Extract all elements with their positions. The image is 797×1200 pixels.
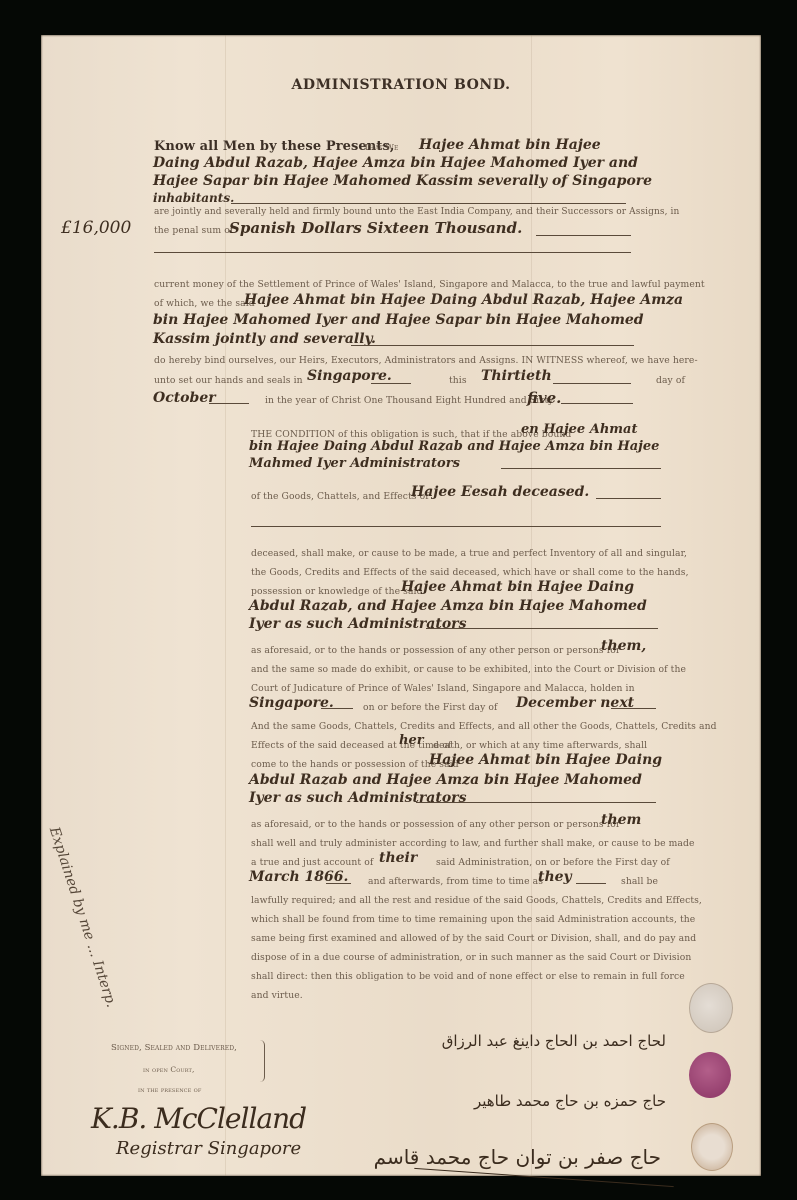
- marginal-vertical-note: Explained by me ... Interp.: [46, 825, 120, 1010]
- body-hand: Iyer as such Administrators: [249, 790, 466, 806]
- fill-line: [326, 883, 351, 884]
- body-line: as aforesaid, or to the hands or possess…: [251, 819, 620, 830]
- condition-hand-1: en Hajee Ahmat: [521, 422, 637, 437]
- arabic-signature-3: حاج صفر بن توان حاج محمد قاسم: [374, 1145, 661, 1169]
- body-line: the Goods, Credits and Effects of the sa…: [251, 567, 689, 578]
- bound-line: are jointly and severally held and firml…: [154, 207, 679, 217]
- body-hand: them,: [601, 638, 646, 654]
- seal-wafer-3: [691, 1123, 733, 1171]
- fill-line: [553, 383, 631, 384]
- of-which-label: of which, we the said: [154, 298, 255, 309]
- body-line: on or before the First day of: [363, 702, 498, 713]
- arabic-signature-2: حاج حمزه بن حاج محمد طاهير: [474, 1092, 666, 1110]
- hand-names-4: inhabitants.: [153, 191, 234, 205]
- place-hand: Singapore.: [307, 368, 392, 384]
- penal-sum-hand: Spanish Dollars Sixteen Thousand.: [229, 219, 522, 237]
- of-which-hand-1: Hajee Ahmat bin Hajee Daing Abdul Razab,…: [244, 292, 683, 308]
- body-line: shall well and truly administer accordin…: [251, 838, 695, 849]
- year-hand: five.: [527, 389, 561, 407]
- body-line: deceased, shall make, or cause to be mad…: [251, 548, 687, 559]
- body-line: as aforesaid, or to the hands or possess…: [251, 645, 620, 656]
- bind-line: do hereby bind ourselves, our Heirs, Exe…: [154, 355, 698, 366]
- opening-gothic: Know all Men by these Presents,: [154, 139, 395, 154]
- fill-line: [351, 345, 634, 346]
- that-we-label: That We: [364, 143, 398, 152]
- body-line: death, or which at any time afterwards, …: [433, 740, 647, 751]
- money-line: current money of the Settlement of Princ…: [154, 279, 705, 290]
- body-line: come to the hands or possession of the s…: [251, 759, 459, 770]
- month-hand: October: [153, 390, 216, 406]
- of-which-hand-2: bin Hajee Mahomed Iyer and Hajee Sapar b…: [153, 312, 644, 328]
- body-line: dispose of in a due course of administra…: [251, 952, 691, 963]
- fill-line: [426, 628, 658, 629]
- day-hand: Thirtieth: [481, 368, 552, 384]
- body-line: a true and just account of: [251, 857, 373, 868]
- fill-line: [501, 468, 661, 469]
- body-hand: them: [601, 812, 641, 828]
- body-line: shall direct: then this obligation to be…: [251, 971, 685, 982]
- fill-line: [611, 708, 656, 709]
- margin-note-amount: £16,000: [61, 218, 131, 238]
- body-hand: Iyer as such Administrators: [249, 616, 466, 632]
- body-hand: they: [538, 869, 572, 885]
- fill-line: [231, 203, 626, 204]
- witness-title-signature: Registrar Singapore: [116, 1138, 301, 1159]
- seal-wafer-1: [689, 983, 733, 1033]
- fill-line: [154, 252, 631, 253]
- body-line: possession or knowledge of the said: [251, 586, 423, 597]
- body-line: said Administration, on or before the Fi…: [436, 857, 670, 868]
- signed-line-1: Signed, Sealed and Delivered,: [111, 1043, 237, 1053]
- fill-line: [561, 403, 633, 404]
- body-hand: her: [399, 733, 424, 748]
- body-hand: their: [379, 850, 417, 866]
- day-of-label: day of: [656, 375, 685, 386]
- fill-line: [596, 498, 661, 499]
- hand-names-2: Daing Abdul Razab, Hajee Amza bin Hajee …: [153, 155, 638, 171]
- witness-signature: K.B. McClelland: [91, 1102, 306, 1135]
- body-line: which shall be found from time to time r…: [251, 914, 695, 925]
- administration-bond-document: ADMINISTRATION BOND. Know all Men by the…: [41, 35, 761, 1176]
- document-title: ADMINISTRATION BOND.: [41, 77, 761, 93]
- fill-line: [576, 883, 606, 884]
- fill-line: [416, 802, 656, 803]
- penal-sum-label: the penal sum of: [154, 225, 233, 236]
- body-hand: Abdul Razab, and Hajee Amza bin Hajee Ma…: [249, 598, 647, 614]
- condition-hand-2: bin Hajee Daing Abdul Razab and Hajee Am…: [249, 439, 659, 454]
- body-line: and virtue.: [251, 990, 303, 1001]
- condition-hand-3: Mahmed Iyer Administrators: [249, 456, 460, 471]
- hand-names-3: Hajee Sapar bin Hajee Mahomed Kassim sev…: [153, 173, 652, 189]
- body-line: And the same Goods, Chattels, Credits an…: [251, 721, 717, 732]
- fill-line: [209, 403, 249, 404]
- fill-line: [536, 235, 631, 236]
- of-which-hand-3: Kassim jointly and severally.: [153, 331, 376, 347]
- body-line: and afterwards, from time to time as: [368, 876, 543, 887]
- fill-line: [321, 708, 353, 709]
- signature-flourish: [414, 1168, 673, 1187]
- body-line: Court of Judicature of Prince of Wales' …: [251, 683, 635, 694]
- body-hand: Abdul Razab and Hajee Amza bin Hajee Mah…: [249, 772, 642, 788]
- deceased-hand: Hajee Eesah deceased.: [411, 484, 589, 500]
- fill-line: [251, 526, 661, 527]
- body-line: and the same so made do exhibit, or caus…: [251, 664, 686, 675]
- signed-line-3: in the presence of: [138, 1086, 201, 1094]
- body-hand: Hajee Ahmat bin Hajee Daing: [401, 579, 634, 595]
- unto-label: unto set our hands and seals in: [154, 375, 303, 386]
- seal-wafer-2: [689, 1052, 731, 1098]
- hand-names-1: Hajee Ahmat bin Hajee: [419, 137, 601, 153]
- body-line: same being first examined and allowed of…: [251, 933, 696, 944]
- brace: [260, 1040, 265, 1082]
- signed-line-2: in open Court,: [143, 1065, 194, 1074]
- fill-line: [371, 383, 411, 384]
- arabic-signature-1: لحاج احمد بن الحاج داينغ عبد الرزاق: [442, 1032, 666, 1050]
- body-line: shall be: [621, 876, 658, 887]
- this-label: this: [449, 375, 467, 386]
- body-hand: Hajee Ahmat bin Hajee Daing: [429, 752, 662, 768]
- body-line: lawfully required; and all the rest and …: [251, 895, 702, 906]
- goods-label: of the Goods, Chattels, and Effects of: [251, 491, 429, 502]
- year-label: in the year of Christ One Thousand Eight…: [265, 395, 554, 406]
